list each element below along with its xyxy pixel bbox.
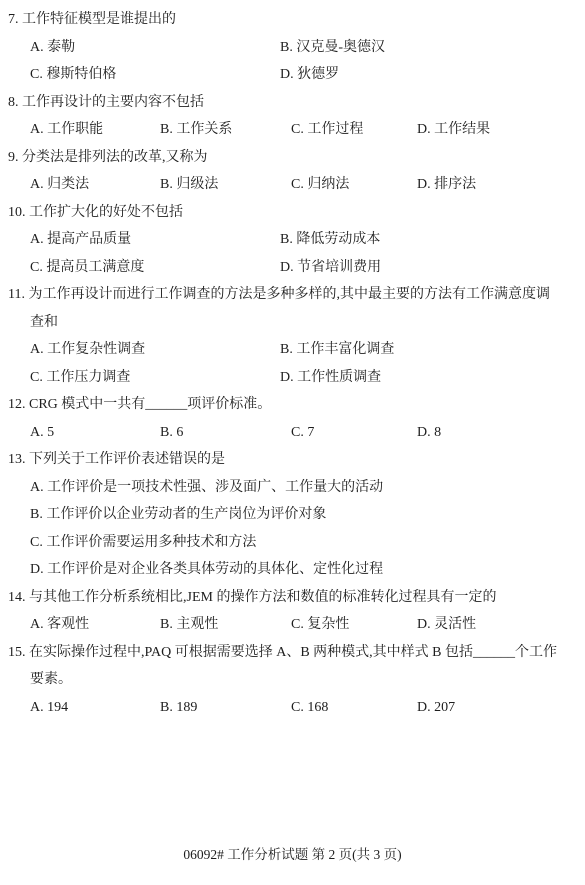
question-12-text: 12. CRG 模式中一共有______项评价标准。 — [8, 391, 573, 419]
option-8-d: D. 工作结果 — [417, 116, 573, 144]
question-14-options: A. 客观性 B. 主观性 C. 复杂性 D. 灵活性 — [8, 611, 573, 639]
question-10-options: A. 提高产品质量 B. 降低劳动成本 C. 提高员工满意度 D. 节省培训费用 — [8, 226, 573, 281]
option-11-b: B. 工作丰富化调查 — [280, 336, 573, 364]
option-15-c: C. 168 — [291, 694, 417, 722]
question-7-options: A. 泰勒 B. 汉克曼-奥德汉 C. 穆斯特伯格 D. 狄德罗 — [8, 34, 573, 89]
option-7-a: A. 泰勒 — [30, 34, 280, 62]
option-9-c: C. 归纳法 — [291, 171, 417, 199]
question-9-text: 9. 分类法是排列法的改革,又称为 — [8, 144, 573, 172]
option-13-b: B. 工作评价以企业劳动者的生产岗位为评价对象 — [30, 501, 573, 529]
question-9: 9. 分类法是排列法的改革,又称为 A. 归类法 B. 归级法 C. 归纳法 D… — [8, 144, 573, 199]
page-footer: 06092# 工作分析试题 第 2 页(共 3 页) — [0, 845, 585, 865]
option-8-b: B. 工作关系 — [160, 116, 291, 144]
option-15-a: A. 194 — [30, 694, 160, 722]
question-10-text: 10. 工作扩大化的好处不包括 — [8, 199, 573, 227]
option-11-d: D. 工作性质调查 — [280, 364, 573, 392]
option-13-a: A. 工作评价是一项技术性强、涉及面广、工作量大的活动 — [30, 474, 573, 502]
question-11-text: 11. 为工作再设计而进行工作调查的方法是多种多样的,其中最主要的方法有工作满意… — [8, 281, 573, 336]
question-10: 10. 工作扩大化的好处不包括 A. 提高产品质量 B. 降低劳动成本 C. 提… — [8, 199, 573, 282]
option-7-d: D. 狄德罗 — [280, 61, 573, 89]
option-9-d: D. 排序法 — [417, 171, 573, 199]
question-13: 13. 下列关于工作评价表述错误的是 A. 工作评价是一项技术性强、涉及面广、工… — [8, 446, 573, 584]
option-7-c: C. 穆斯特伯格 — [30, 61, 280, 89]
question-15-options: A. 194 B. 189 C. 168 D. 207 — [8, 694, 573, 722]
question-7-text: 7. 工作特征模型是谁提出的 — [8, 6, 573, 34]
option-11-a: A. 工作复杂性调查 — [30, 336, 280, 364]
option-15-b: B. 189 — [160, 694, 291, 722]
question-8-text: 8. 工作再设计的主要内容不包括 — [8, 89, 573, 117]
option-11-c: C. 工作压力调查 — [30, 364, 280, 392]
option-14-c: C. 复杂性 — [291, 611, 417, 639]
question-15: 15. 在实际操作过程中,PAQ 可根据需要选择 A、B 两种模式,其中样式 B… — [8, 639, 573, 722]
option-10-a: A. 提高产品质量 — [30, 226, 280, 254]
option-13-c: C. 工作评价需要运用多种技术和方法 — [30, 529, 573, 557]
question-12-options: A. 5 B. 6 C. 7 D. 8 — [8, 419, 573, 447]
option-9-b: B. 归级法 — [160, 171, 291, 199]
option-10-b: B. 降低劳动成本 — [280, 226, 573, 254]
option-12-b: B. 6 — [160, 419, 291, 447]
exam-page: 7. 工作特征模型是谁提出的 A. 泰勒 B. 汉克曼-奥德汉 C. 穆斯特伯格… — [0, 0, 585, 721]
option-10-c: C. 提高员工满意度 — [30, 254, 280, 282]
question-15-text: 15. 在实际操作过程中,PAQ 可根据需要选择 A、B 两种模式,其中样式 B… — [8, 639, 573, 694]
option-7-b: B. 汉克曼-奥德汉 — [280, 34, 573, 62]
question-7: 7. 工作特征模型是谁提出的 A. 泰勒 B. 汉克曼-奥德汉 C. 穆斯特伯格… — [8, 6, 573, 89]
question-11: 11. 为工作再设计而进行工作调查的方法是多种多样的,其中最主要的方法有工作满意… — [8, 281, 573, 391]
option-12-a: A. 5 — [30, 419, 160, 447]
option-12-d: D. 8 — [417, 419, 573, 447]
question-8: 8. 工作再设计的主要内容不包括 A. 工作职能 B. 工作关系 C. 工作过程… — [8, 89, 573, 144]
option-13-d: D. 工作评价是对企业各类具体劳动的具体化、定性化过程 — [30, 556, 573, 584]
option-15-d: D. 207 — [417, 694, 573, 722]
option-14-a: A. 客观性 — [30, 611, 160, 639]
option-14-b: B. 主观性 — [160, 611, 291, 639]
option-14-d: D. 灵活性 — [417, 611, 573, 639]
question-14: 14. 与其他工作分析系统相比,JEM 的操作方法和数值的标准转化过程具有一定的… — [8, 584, 573, 639]
question-14-text: 14. 与其他工作分析系统相比,JEM 的操作方法和数值的标准转化过程具有一定的 — [8, 584, 573, 612]
question-8-options: A. 工作职能 B. 工作关系 C. 工作过程 D. 工作结果 — [8, 116, 573, 144]
question-13-options: A. 工作评价是一项技术性强、涉及面广、工作量大的活动 B. 工作评价以企业劳动… — [8, 474, 573, 584]
question-9-options: A. 归类法 B. 归级法 C. 归纳法 D. 排序法 — [8, 171, 573, 199]
question-11-options: A. 工作复杂性调查 B. 工作丰富化调查 C. 工作压力调查 D. 工作性质调… — [8, 336, 573, 391]
option-8-c: C. 工作过程 — [291, 116, 417, 144]
option-8-a: A. 工作职能 — [30, 116, 160, 144]
question-12: 12. CRG 模式中一共有______项评价标准。 A. 5 B. 6 C. … — [8, 391, 573, 446]
question-13-text: 13. 下列关于工作评价表述错误的是 — [8, 446, 573, 474]
option-10-d: D. 节省培训费用 — [280, 254, 573, 282]
option-9-a: A. 归类法 — [30, 171, 160, 199]
option-12-c: C. 7 — [291, 419, 417, 447]
